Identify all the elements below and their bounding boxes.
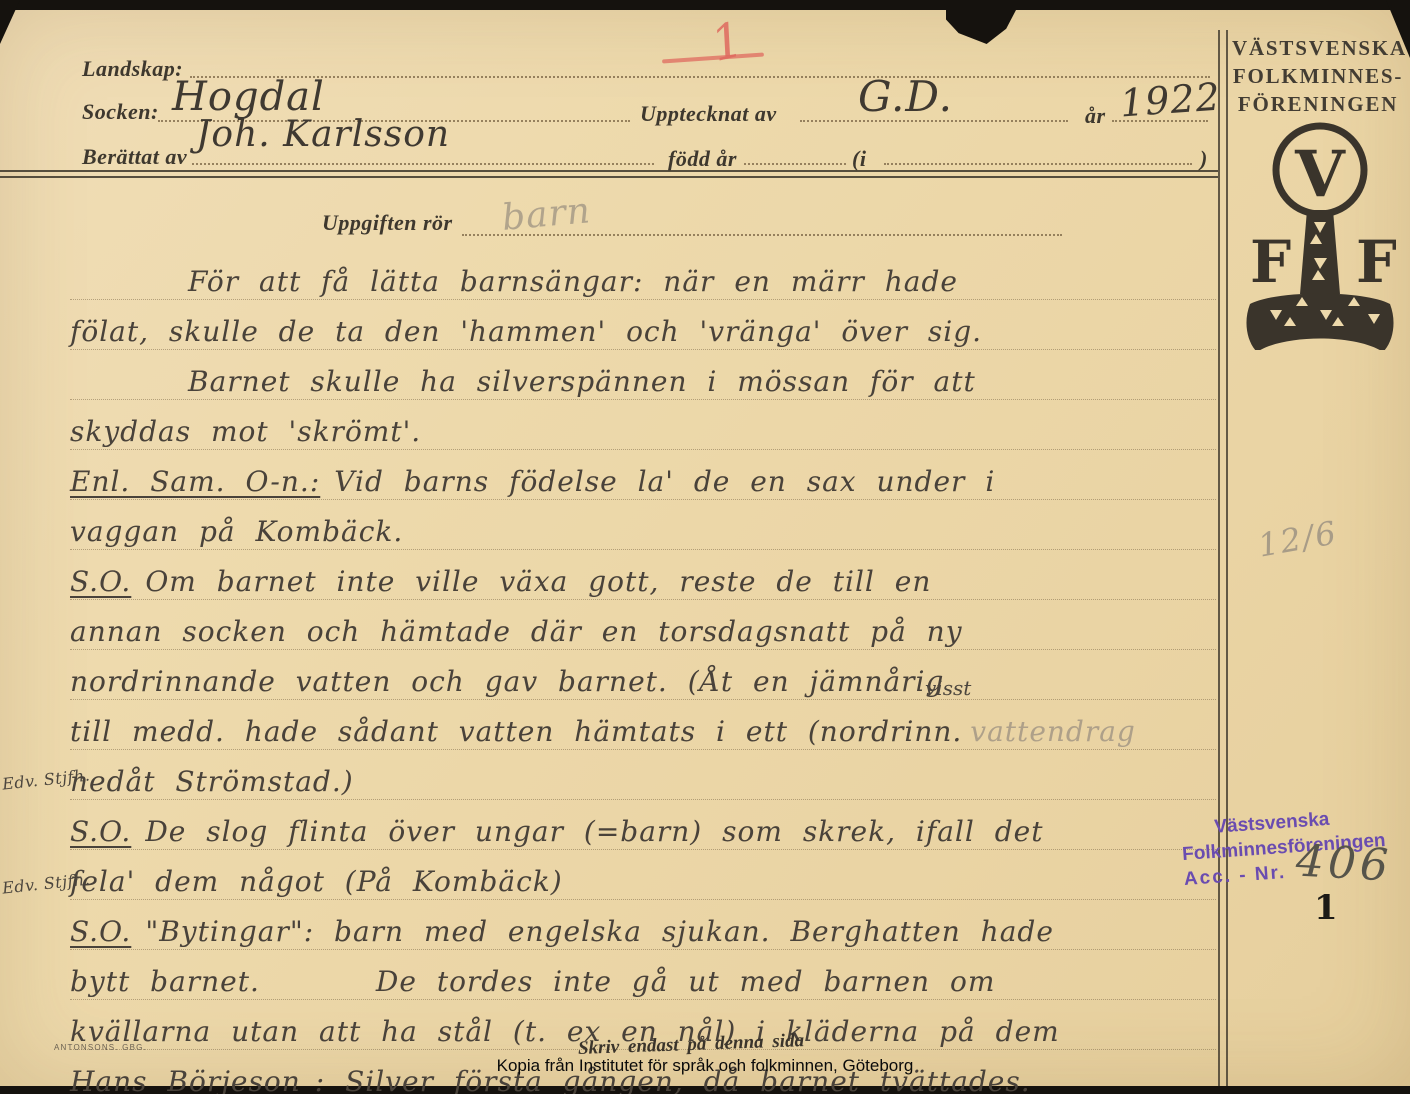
- line-text: Om barnet inte ville växa gott, reste de…: [145, 565, 931, 598]
- berattat-label: Berättat av: [82, 144, 187, 170]
- line-text: "Bytingar": barn med engelska sjukan. Be…: [145, 915, 1054, 948]
- header-rule-top: [0, 170, 1218, 172]
- thors-hammer-logo: V F F: [1244, 118, 1396, 355]
- handwritten-line: till medd. hade sådant vatten hämtats i …: [70, 700, 1216, 750]
- dotted-line: [190, 76, 1210, 78]
- handwritten-line: Enl. Sam. O-n.:Vid barns födelse la' de …: [70, 450, 1216, 500]
- uppgiften-label: Uppgiften rör: [322, 210, 453, 236]
- line-text: fela' dem något (På Kombäck): [70, 865, 563, 898]
- handwritten-line: För att få lätta barnsängar: när en märr…: [70, 250, 1216, 300]
- handwritten-line: fela' dem något (På Kombäck): [70, 850, 1216, 900]
- line-text: nordrinnande vatten och gav barnet. (Åt …: [70, 665, 944, 698]
- printer-mark: ANTONSONS. GBG.: [54, 1043, 147, 1052]
- line-text: till medd. hade sådant vatten hämtats i …: [70, 715, 962, 748]
- socken-label: Socken:: [82, 99, 159, 125]
- line-text: fölat, skulle de ta den 'hammen' och 'vr…: [70, 315, 982, 348]
- handwritten-line: annan socken och hämtade där en torsdags…: [70, 600, 1216, 650]
- thors-hammer-logo-svg: V F F: [1244, 118, 1396, 350]
- paren-close-label: ): [1200, 146, 1208, 172]
- logo-letter-v: V: [1294, 137, 1346, 212]
- handwritten-line: vaggan på Kombäck.: [70, 500, 1216, 550]
- archive-copy-caption: Kopia från Institutet för språk och folk…: [497, 1056, 914, 1076]
- handwritten-line: S.O.Om barnet inte ville växa gott, rest…: [70, 550, 1216, 600]
- margin-rule-inner: [1226, 30, 1228, 1086]
- line-text: bytt barnet. De tordes inte gå ut med ba…: [70, 965, 995, 998]
- line-text: För att få lätta barnsängar: när en märr…: [188, 265, 958, 298]
- line-prefix: Hans Börjeson: [70, 1065, 301, 1094]
- accession-number: 406: [1295, 836, 1394, 892]
- uppgiften-value-pencil: barn: [500, 190, 592, 239]
- handwritten-line: S.O.De slog flinta över ungar (=barn) so…: [70, 800, 1216, 850]
- line-text: De slog flinta över ungar (=barn) som sk…: [145, 815, 1043, 848]
- header-rule-bottom: [0, 176, 1218, 178]
- handwritten-line: nordrinnande vatten och gav barnet. (Åt …: [70, 650, 1216, 700]
- org-name-line: FÖRENINGEN: [1232, 90, 1404, 118]
- handwritten-line: S.O."Bytingar": barn med engelska sjukan…: [70, 900, 1216, 950]
- landskap-label: Landskap:: [82, 56, 183, 82]
- line-text: Barnet skulle ha silverspännen i mössan …: [188, 365, 976, 398]
- interlinear-insertion: visst: [925, 676, 971, 700]
- handwritten-line: nedåt Strömstad.): [70, 750, 1216, 800]
- line-text: Vid barns födelse la' de en sax under i: [334, 465, 995, 498]
- organization-name: VÄSTSVENSKA FOLKMINNES- FÖRENINGEN: [1232, 34, 1404, 118]
- line-text: annan socken och hämtade där en torsdags…: [70, 615, 963, 648]
- handwritten-line: skyddas mot 'skrömt'.: [70, 400, 1216, 450]
- ar-label: år: [1085, 103, 1106, 129]
- dotted-line: [192, 163, 654, 165]
- line-tail: vattendrag: [970, 715, 1136, 748]
- handwritten-line: bytt barnet. De tordes inte gå ut med ba…: [70, 950, 1216, 1000]
- berattat-value: Joh. Karlsson: [196, 114, 450, 155]
- org-name-line: FOLKMINNES-: [1232, 62, 1404, 90]
- line-prefix: S.O.: [70, 915, 131, 948]
- line-prefix: S.O.: [70, 565, 131, 598]
- line-prefix: S.O.: [70, 815, 131, 848]
- logo-letter-f-left: F: [1250, 228, 1291, 296]
- stamped-page-number: 1: [1314, 888, 1338, 928]
- line-text: vaggan på Kombäck.: [70, 515, 403, 548]
- fodd-ar-label: född år: [668, 146, 737, 172]
- handwritten-line: fölat, skulle de ta den 'hammen' och 'vr…: [70, 300, 1216, 350]
- margin-rule-outer: [1218, 30, 1220, 1086]
- paren-open-label: (i: [852, 146, 866, 172]
- dotted-line: [744, 163, 846, 165]
- year-value: 1922: [1119, 75, 1223, 126]
- line-text: skyddas mot 'skrömt'.: [70, 415, 421, 448]
- dotted-line: [884, 163, 1192, 165]
- logo-letter-f-right: F: [1356, 228, 1396, 296]
- upptecknat-label: Upptecknat av: [640, 101, 777, 127]
- handwritten-line: Barnet skulle ha silverspännen i mössan …: [70, 350, 1216, 400]
- handwritten-body: För att få lätta barnsängar: när en märr…: [70, 250, 1216, 1094]
- org-name-line: VÄSTSVENSKA: [1232, 34, 1404, 62]
- upptecknat-value: G.D.: [858, 72, 953, 121]
- line-text: nedåt Strömstad.): [70, 765, 354, 798]
- line-prefix: Enl. Sam. O-n.:: [70, 465, 320, 498]
- line-text: kvällarna utan att ha stål (t. ex en nål…: [70, 1015, 1060, 1048]
